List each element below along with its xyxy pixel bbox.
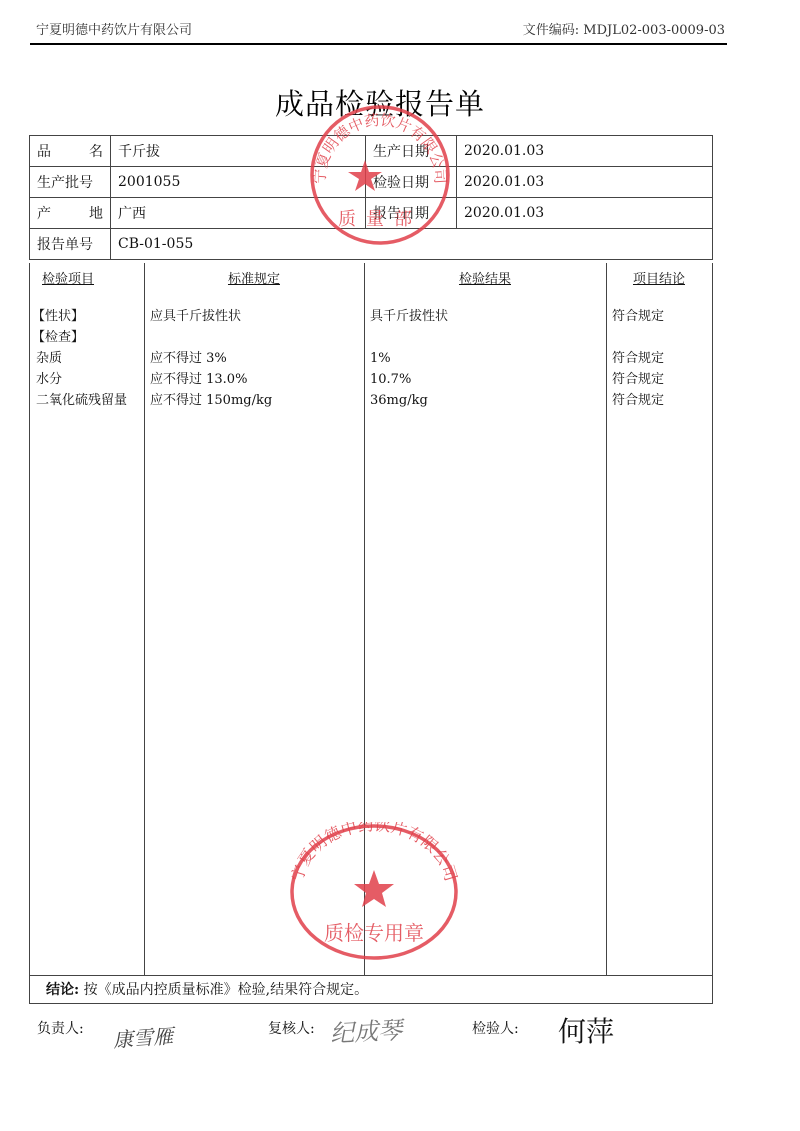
test-date-value: 2020.01.03 [457,167,713,198]
reviewer-label: 复核人: [268,1018,315,1038]
header-result: 检验结果 [364,268,606,287]
info-table: 品名 千斤拔 生产日期 2020.01.03 生产批号 2001055 检验日期… [29,135,713,260]
header-conclusion: 项目结论 [606,268,712,287]
column-result: 检验结果 具千斤拔性状 1% 10.7% 36mg/kg [364,263,607,975]
batch-label: 生产批号 [30,167,111,198]
batch-value: 2001055 [111,167,366,198]
header-item: 检验项目 [30,268,144,287]
column-conclusion: 项目结论 符合规定 符合规定 符合规定 符合规定 [606,263,712,975]
responsible-label: 负责人: [37,1018,84,1038]
document-code: 文件编码: MDJL02-003-0009-03 [523,24,725,38]
cell-conclusion: 符合规定 [612,372,664,388]
cell-result: 1% [370,351,391,367]
column-standard: 标准规定 应具千斤拔性状 应不得过 3% 应不得过 13.0% 应不得过 150… [144,263,365,975]
header-standard: 标准规定 [144,268,364,287]
inspector-signature: 何萍 [558,1010,614,1050]
report-date-label: 报告日期 [366,198,457,229]
cell-standard: 应具千斤拔性状 [150,309,241,325]
report-title: 成品检验报告单 [0,82,760,123]
cell-conclusion: 符合规定 [612,393,664,409]
responsible-signature: 康雪雁 [112,1020,174,1053]
origin-label: 产地 [30,198,111,229]
info-row: 报告单号 CB-01-055 [30,229,713,260]
report-no-label: 报告单号 [30,229,111,260]
info-row: 生产批号 2001055 检验日期 2020.01.03 [30,167,713,198]
results-table: 检验项目 【性状】 【检查】 杂质 水分 二氧化硫残留量 标准规定 应具千斤拔性… [29,263,713,976]
cell-standard: 应不得过 3% [150,351,227,367]
test-date-label: 检验日期 [366,167,457,198]
production-date-value: 2020.01.03 [457,136,713,167]
product-name-value: 千斤拔 [111,136,366,167]
cell-standard: 应不得过 150mg/kg [150,393,272,409]
cell-result: 10.7% [370,372,411,388]
conclusion-text: 按《成品内控质量标准》检验,结果符合规定。 [84,982,368,998]
info-row: 产地 广西 报告日期 2020.01.03 [30,198,713,229]
cell-item: 【性状】 [32,309,84,325]
cell-result: 36mg/kg [370,393,428,409]
production-date-label: 生产日期 [366,136,457,167]
company-name: 宁夏明德中药饮片有限公司 [36,24,192,38]
report-no-value: CB-01-055 [111,229,713,260]
cell-item: 杂质 [36,351,62,367]
cell-item: 【检查】 [32,330,84,346]
cell-result: 具千斤拔性状 [370,309,448,325]
conclusion-label: 结论: [46,982,79,998]
product-name-label: 品名 [30,136,111,167]
cell-conclusion: 符合规定 [612,309,664,325]
conclusion-row: 结论: 按《成品内控质量标准》检验,结果符合规定。 [29,976,713,1004]
report-date-value: 2020.01.03 [457,198,713,229]
inspector-label: 检验人: [472,1018,519,1038]
reviewer-signature: 纪成琴 [329,1010,403,1049]
cell-standard: 应不得过 13.0% [150,372,247,388]
page-header: 宁夏明德中药饮片有限公司 文件编码: MDJL02-003-0009-03 [30,0,727,45]
column-item: 检验项目 【性状】 【检查】 杂质 水分 二氧化硫残留量 [30,263,145,975]
origin-value: 广西 [111,198,366,229]
cell-item: 水分 [36,372,62,388]
cell-conclusion: 符合规定 [612,351,664,367]
cell-item: 二氧化硫残留量 [36,393,127,409]
info-row: 品名 千斤拔 生产日期 2020.01.03 [30,136,713,167]
